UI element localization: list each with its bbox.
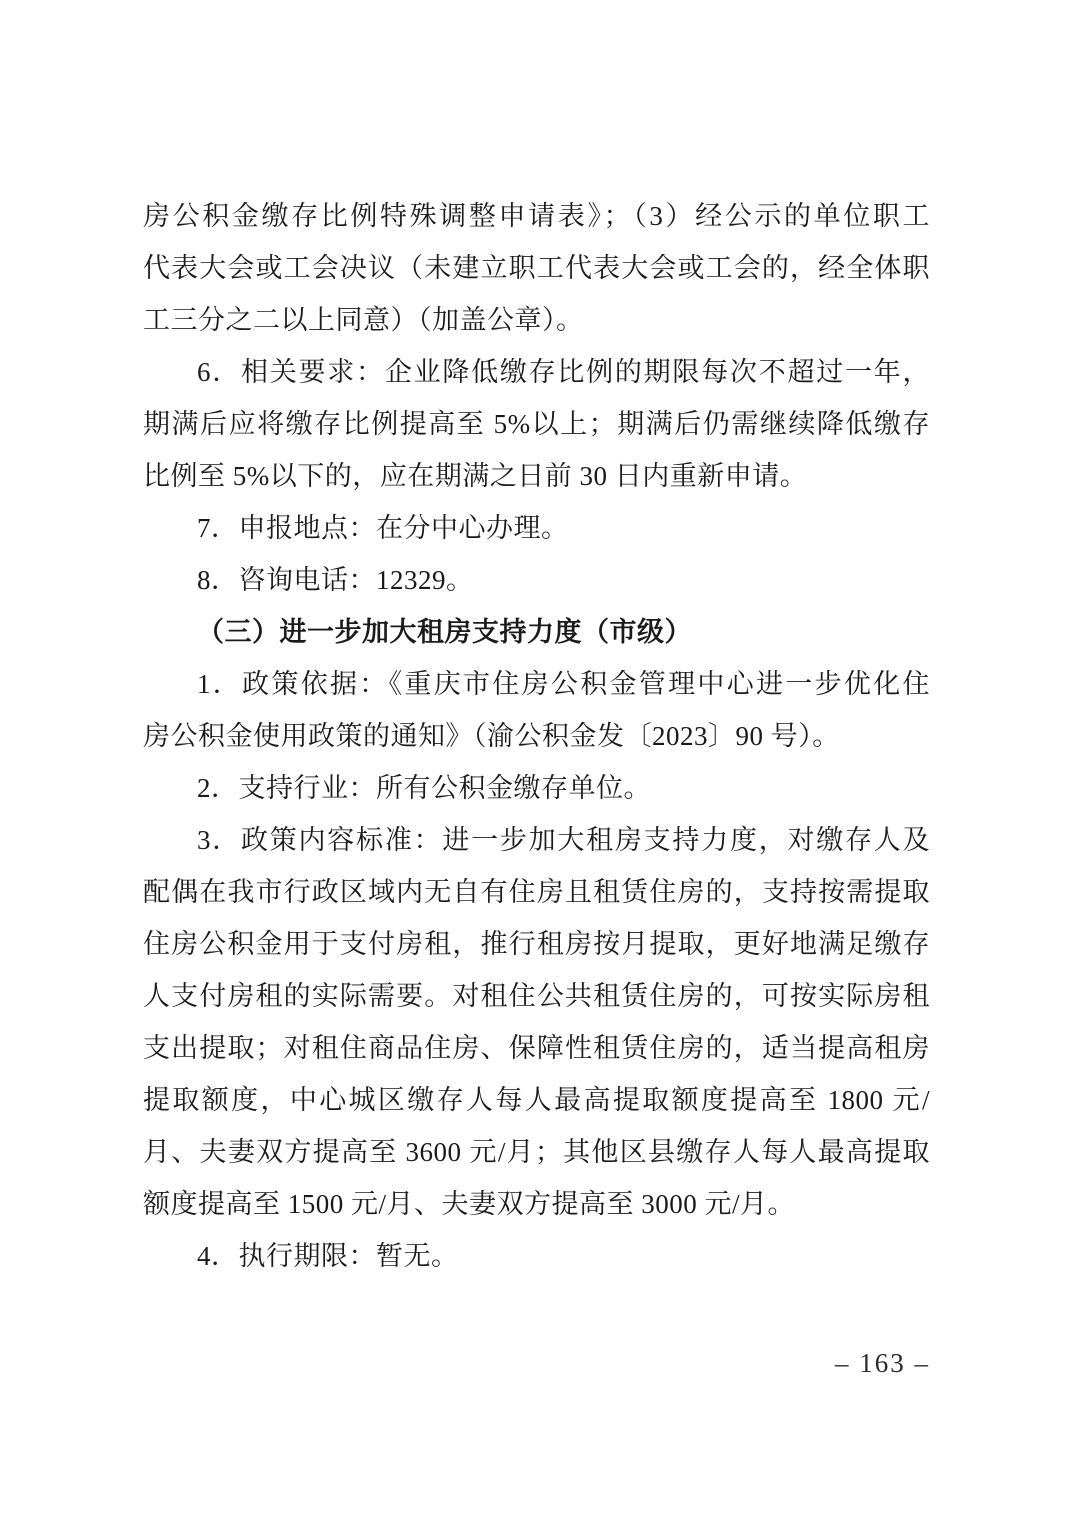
item2-supported-industries: 2．支持行业：所有公积金缴存单位。 bbox=[143, 762, 930, 814]
item6-requirements-line-1: 6．相关要求：企业降低缴存比例的期限每次不超过一年， bbox=[143, 346, 930, 398]
item3-policy-content-line-6: 提取额度，中心城区缴存人每人最高提取额度提高至 1800 元/ bbox=[143, 1074, 930, 1126]
item6-requirements-line-3: 比例至 5%以下的，应在期满之日前 30 日内重新申请。 bbox=[143, 450, 930, 502]
item6-requirements-line-2: 期满后应将缴存比例提高至 5%以上；期满后仍需继续降低缴存 bbox=[143, 398, 930, 450]
document-body: 房公积金缴存比例特殊调整申请表》；（3）经公示的单位职工 代表大会或工会决议（未… bbox=[143, 190, 930, 1282]
item7-application-location: 7．申报地点：在分中心办理。 bbox=[143, 502, 930, 554]
item1-policy-basis-line-2: 房公积金使用政策的通知》（渝公积金发〔2023〕90 号）。 bbox=[143, 710, 930, 762]
item8-hotline: 8．咨询电话：12329。 bbox=[143, 554, 930, 606]
item3-policy-content-line-7: 月、夫妻双方提高至 3600 元/月；其他区县缴存人每人最高提取 bbox=[143, 1126, 930, 1178]
item3-policy-content-line-1: 3．政策内容标准：进一步加大租房支持力度，对缴存人及 bbox=[143, 814, 930, 866]
continuation-paragraph-line-2: 代表大会或工会决议（未建立职工代表大会或工会的，经全体职 bbox=[143, 242, 930, 294]
page-number: – 163 – bbox=[835, 1348, 930, 1378]
item3-policy-content-line-5: 支出提取；对租住商品住房、保障性租赁住房的，适当提高租房 bbox=[143, 1022, 930, 1074]
item1-policy-basis-line-1: 1．政策依据：《重庆市住房公积金管理中心进一步优化住 bbox=[143, 658, 930, 710]
item3-policy-content-line-8: 额度提高至 1500 元/月、夫妻双方提高至 3000 元/月。 bbox=[143, 1178, 930, 1230]
item3-policy-content-line-3: 住房公积金用于支付房租，推行租房按月提取，更好地满足缴存 bbox=[143, 918, 930, 970]
item3-policy-content-line-4: 人支付房租的实际需要。对租住公共租赁住房的，可按实际房租 bbox=[143, 970, 930, 1022]
continuation-paragraph-line-1: 房公积金缴存比例特殊调整申请表》；（3）经公示的单位职工 bbox=[143, 190, 930, 242]
continuation-paragraph-line-3: 工三分之二以上同意）（加盖公章）。 bbox=[143, 294, 930, 346]
document-page: 房公积金缴存比例特殊调整申请表》；（3）经公示的单位职工 代表大会或工会决议（未… bbox=[0, 0, 1074, 1520]
item3-policy-content-line-2: 配偶在我市行政区域内无自有住房且租赁住房的，支持按需提取 bbox=[143, 866, 930, 918]
item4-execution-period: 4．执行期限：暂无。 bbox=[143, 1230, 930, 1282]
section-heading: （三）进一步加大租房支持力度（市级） bbox=[143, 606, 930, 658]
